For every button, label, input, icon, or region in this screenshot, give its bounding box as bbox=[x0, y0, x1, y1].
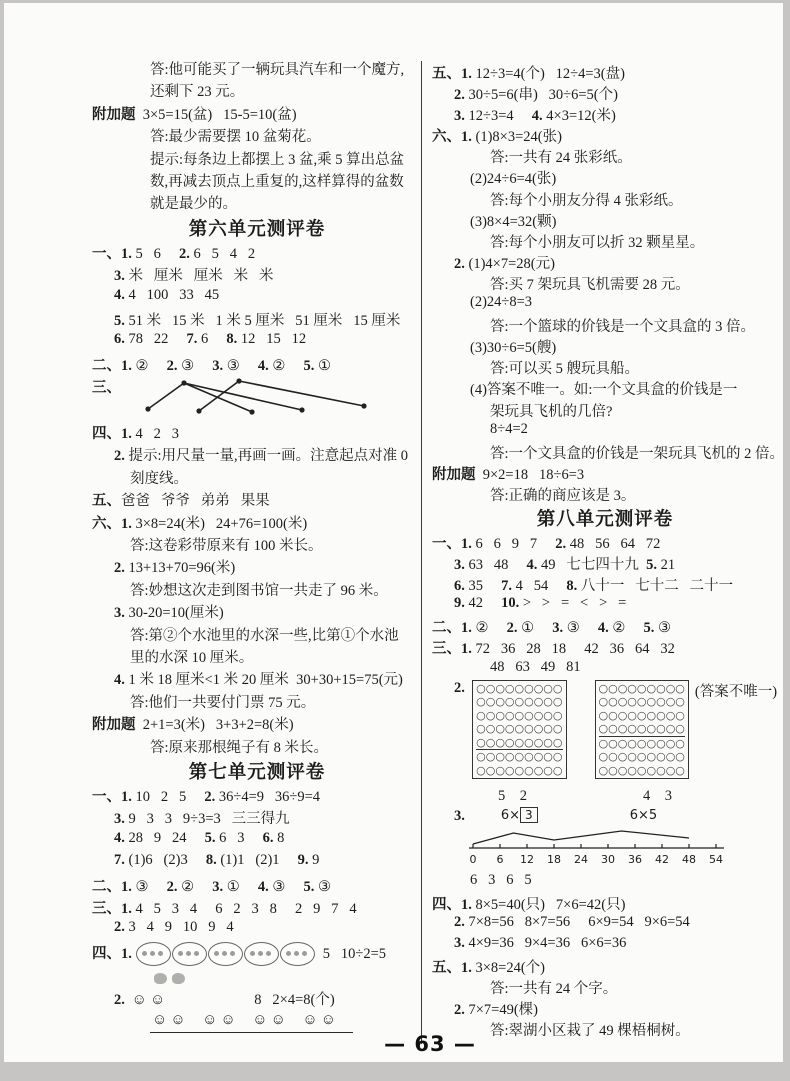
answer-line: 5. 51 米 15 米 1 米 5 厘米 51 厘米 15 厘米 bbox=[92, 309, 422, 331]
answer-line: 答:一个篮球的价钱是一个文具盒的 3 倍。 bbox=[432, 315, 778, 336]
answer-line: 数,再减去顶点上重复的,这样算得的盆数 bbox=[92, 170, 422, 192]
answer-line: 2. (1)4×7=28(元) bbox=[432, 252, 778, 273]
flower-mark-icon bbox=[154, 973, 167, 984]
left-column: 答:他可能买了一辆玩具汽车和一个魔方,还剩下 23 元。附加题 3×5=15(盆… bbox=[92, 58, 422, 1042]
svg-text:54: 54 bbox=[709, 853, 723, 866]
answer-line: 答:原来那根绳子有 8 米长。 bbox=[92, 736, 422, 758]
answer-line: 答:一共有 24 个字。 bbox=[432, 977, 778, 998]
answer-line: 四、1. 4 2 3 bbox=[92, 422, 422, 444]
answer-line: 9. 42 10. > > = < > = bbox=[432, 595, 778, 616]
answer-line: 一、1. 5 6 2. 6 5 4 2 bbox=[92, 242, 422, 264]
answer-line: (3)30÷6=5(艘) bbox=[432, 336, 778, 357]
svg-text:36: 36 bbox=[628, 853, 642, 866]
flower-oval-icon bbox=[280, 942, 315, 966]
boxed-answer: 3 bbox=[520, 807, 538, 823]
flower-mark-icon bbox=[172, 973, 185, 984]
scanned-workbook-page: { "footer": { "display": "— 63 —", "page… bbox=[0, 0, 790, 1081]
answer-line: 答:最少需要摆 10 盆菊花。 bbox=[92, 125, 422, 147]
answer-line: 4. 1 米 18 厘米<1 米 20 厘米 30+30+15=75(元) bbox=[92, 668, 422, 690]
answer-line: 还剩下 23 元。 bbox=[92, 80, 422, 102]
circle-grid: ○○○○○○○○○○○○○○○○○○○○○○○○○○○○○○○○○○○○○○○○… bbox=[595, 680, 689, 780]
answer-line: 六、1. (1)8×3=24(张) bbox=[432, 125, 778, 146]
answer-line: 二、1. ② 2. ① 3. ③ 4. ② 5. ③ bbox=[432, 616, 778, 637]
number-line: 061218243036424854 bbox=[465, 828, 761, 872]
answer-line: 2. 7×8=56 8×7=56 6×9=54 9×6=54 bbox=[432, 914, 778, 935]
answer-line: 答:每个小朋友分得 4 张彩纸。 bbox=[432, 189, 778, 210]
answer-line: 二、1. ② 2. ③ 3. ③ 4. ② 5. ① bbox=[92, 354, 422, 376]
answer-line: 6 3 6 5 bbox=[432, 872, 778, 893]
svg-text:30: 30 bbox=[601, 853, 615, 866]
smiley-row: 2. ☺☺8 2×4=8(个) bbox=[92, 988, 422, 1012]
answer-line: 3. 30-20=10(厘米) bbox=[92, 601, 422, 623]
number-line-block: 3.6×36×5061218243036424854 bbox=[432, 808, 778, 872]
section-header: 第七单元测评卷 bbox=[92, 758, 422, 785]
answer-line: (3)8×4=32(颗) bbox=[432, 210, 778, 231]
line-diagram: 三、 bbox=[92, 376, 422, 422]
answer-line: 3. 9 3 3 9÷3=3 三三得九 bbox=[92, 807, 422, 829]
answer-line: 答:这卷彩带原来有 100 米长。 bbox=[92, 534, 422, 556]
answer-line: 2. 13+13+70=96(米) bbox=[92, 556, 422, 578]
answer-line: 附加题 9×2=18 18÷6=3 bbox=[432, 463, 778, 484]
svg-text:12: 12 bbox=[520, 853, 534, 866]
answer-line: 答:正确的商应该是 3。 bbox=[432, 484, 778, 505]
svg-text:0: 0 bbox=[469, 853, 476, 866]
answer-line: 3. 12÷3=4 4. 4×3=12(米) bbox=[432, 104, 778, 125]
answer-line: 7. (1)6 (2)3 8. (1)1 (2)1 9. 9 bbox=[92, 852, 422, 874]
answer-line: 6. 35 7. 4 54 8. 八十一 七十二 二十一 bbox=[432, 574, 778, 595]
answer-line: 2. 7×7=49(棵) bbox=[432, 998, 778, 1019]
segments-figure bbox=[121, 376, 383, 420]
svg-text:18: 18 bbox=[547, 853, 561, 866]
flower-oval-icon bbox=[208, 942, 243, 966]
answer-line: (2)24÷6=4(张) bbox=[432, 167, 778, 188]
flower-marks-row bbox=[92, 972, 422, 988]
section-header: 第八单元测评卷 bbox=[432, 505, 778, 532]
answer-line: 答:他可能买了一辆玩具汽车和一个魔方, bbox=[92, 58, 422, 80]
answer-line: 就是最少的。 bbox=[92, 192, 422, 214]
answer-line: 答:他们一共要付门票 75 元。 bbox=[92, 691, 422, 713]
svg-text:24: 24 bbox=[574, 853, 588, 866]
answer-line: 答:妙想这次走到图书馆一共走了 96 米。 bbox=[92, 579, 422, 601]
flower-oval-icon bbox=[172, 942, 207, 966]
answer-line: 五、1. 12÷3=4(个) 12÷4=3(盘) bbox=[432, 62, 778, 83]
answer-line: 三、1. 4 5 3 4 6 2 3 8 2 9 7 4 bbox=[92, 897, 422, 919]
grid-labels: 5 24 3 bbox=[432, 788, 778, 808]
answer-line: 答:一共有 24 张彩纸。 bbox=[432, 146, 778, 167]
answer-line: 2. 3 4 9 10 9 4 bbox=[92, 919, 422, 941]
answer-line: 四、1. 8×5=40(只) 7×6=42(只) bbox=[432, 893, 778, 914]
answer-line: 8÷4=2 bbox=[432, 421, 778, 442]
answer-line: 4. 4 100 33 45 bbox=[92, 287, 422, 309]
answer-line: 附加题 3×5=15(盆) 15-5=10(盆) bbox=[92, 103, 422, 125]
answer-line: 答:可以买 5 艘玩具船。 bbox=[432, 357, 778, 378]
section-header: 第六单元测评卷 bbox=[92, 215, 422, 242]
answer-line: 3. 63 48 4. 49 七七四十九 5. 21 bbox=[432, 553, 778, 574]
circle-grid: ○○○○○○○○○○○○○○○○○○○○○○○○○○○○○○○○○○○○○○○○… bbox=[472, 680, 566, 780]
answer-line: 2. 30÷5=6(串) 30÷6=5(个) bbox=[432, 83, 778, 104]
answer-line: 五、1. 3×8=24(个) bbox=[432, 956, 778, 977]
answer-line: 提示:每条边上都摆上 3 盆,乘 5 算出总盆 bbox=[92, 148, 422, 170]
answer-line: 二、1. ③ 2. ② 3. ① 4. ③ 5. ③ bbox=[92, 875, 422, 897]
circle-grids: 2. ○○○○○○○○○○○○○○○○○○○○○○○○○○○○○○○○○○○○○… bbox=[432, 680, 778, 788]
answer-line: 答:一个文具盒的价钱是一架玩具飞机的 2 倍。 bbox=[432, 442, 778, 463]
answer-line: 3. 4×9=36 9×4=36 6×6=36 bbox=[432, 935, 778, 956]
answer-line: 3. 米 厘米 厘米 米 米 bbox=[92, 264, 422, 286]
answer-line: 六、1. 3×8=24(米) 24+76=100(米) bbox=[92, 512, 422, 534]
flower-oval-icon bbox=[244, 942, 279, 966]
answer-line: 三、1. 72 36 28 18 42 36 64 32 bbox=[432, 637, 778, 658]
flower-ovals-row: 四、1. 5 10÷2=5 bbox=[92, 942, 422, 972]
answer-line: 一、1. 6 6 9 7 2. 48 56 64 72 bbox=[432, 532, 778, 553]
answer-line: 答:买 7 架玩具飞机需要 28 元。 bbox=[432, 273, 778, 294]
answer-line: (4)答案不唯一。如:一个文具盒的价钱是一 bbox=[432, 378, 778, 399]
svg-text:42: 42 bbox=[655, 853, 669, 866]
answer-line: 一、1. 10 2 5 2. 36÷4=9 36÷9=4 bbox=[92, 785, 422, 807]
scan-page: 答:他可能买了一辆玩具汽车和一个魔方,还剩下 23 元。附加题 3×5=15(盆… bbox=[4, 3, 783, 1062]
answer-line: 答:每个小朋友可以折 32 颗星星。 bbox=[432, 231, 778, 252]
flower-oval-icon bbox=[136, 942, 171, 966]
answer-line: 刻度线。 bbox=[92, 467, 422, 489]
answer-line: 附加题 2+1=3(米) 3+3+2=8(米) bbox=[92, 713, 422, 735]
answer-line: 6. 78 22 7. 6 8. 12 15 12 bbox=[92, 331, 422, 353]
answer-line: (2)24÷8=3 bbox=[432, 294, 778, 315]
answer-line: 五、爸爸 爷爷 弟弟 果果 bbox=[92, 489, 422, 511]
answer-line: 答:第②个水池里的水深一些,比第①个水池 bbox=[92, 624, 422, 646]
answer-line: 里的水深 10 厘米。 bbox=[92, 646, 422, 668]
answer-line: 48 63 49 81 bbox=[432, 659, 778, 680]
answer-line: 2. 提示:用尺量一量,再画一画。注意起点对准 0 bbox=[92, 444, 422, 466]
svg-text:6: 6 bbox=[496, 853, 503, 866]
svg-text:48: 48 bbox=[682, 853, 696, 866]
page-number: — 63 — bbox=[4, 1032, 790, 1056]
right-column: 五、1. 12÷3=4(个) 12÷4=3(盘)2. 30÷5=6(串) 30÷… bbox=[432, 62, 778, 1040]
answer-line: 4. 28 9 24 5. 6 3 6. 8 bbox=[92, 830, 422, 852]
answer-line: 架玩具飞机的几倍? bbox=[432, 400, 778, 421]
